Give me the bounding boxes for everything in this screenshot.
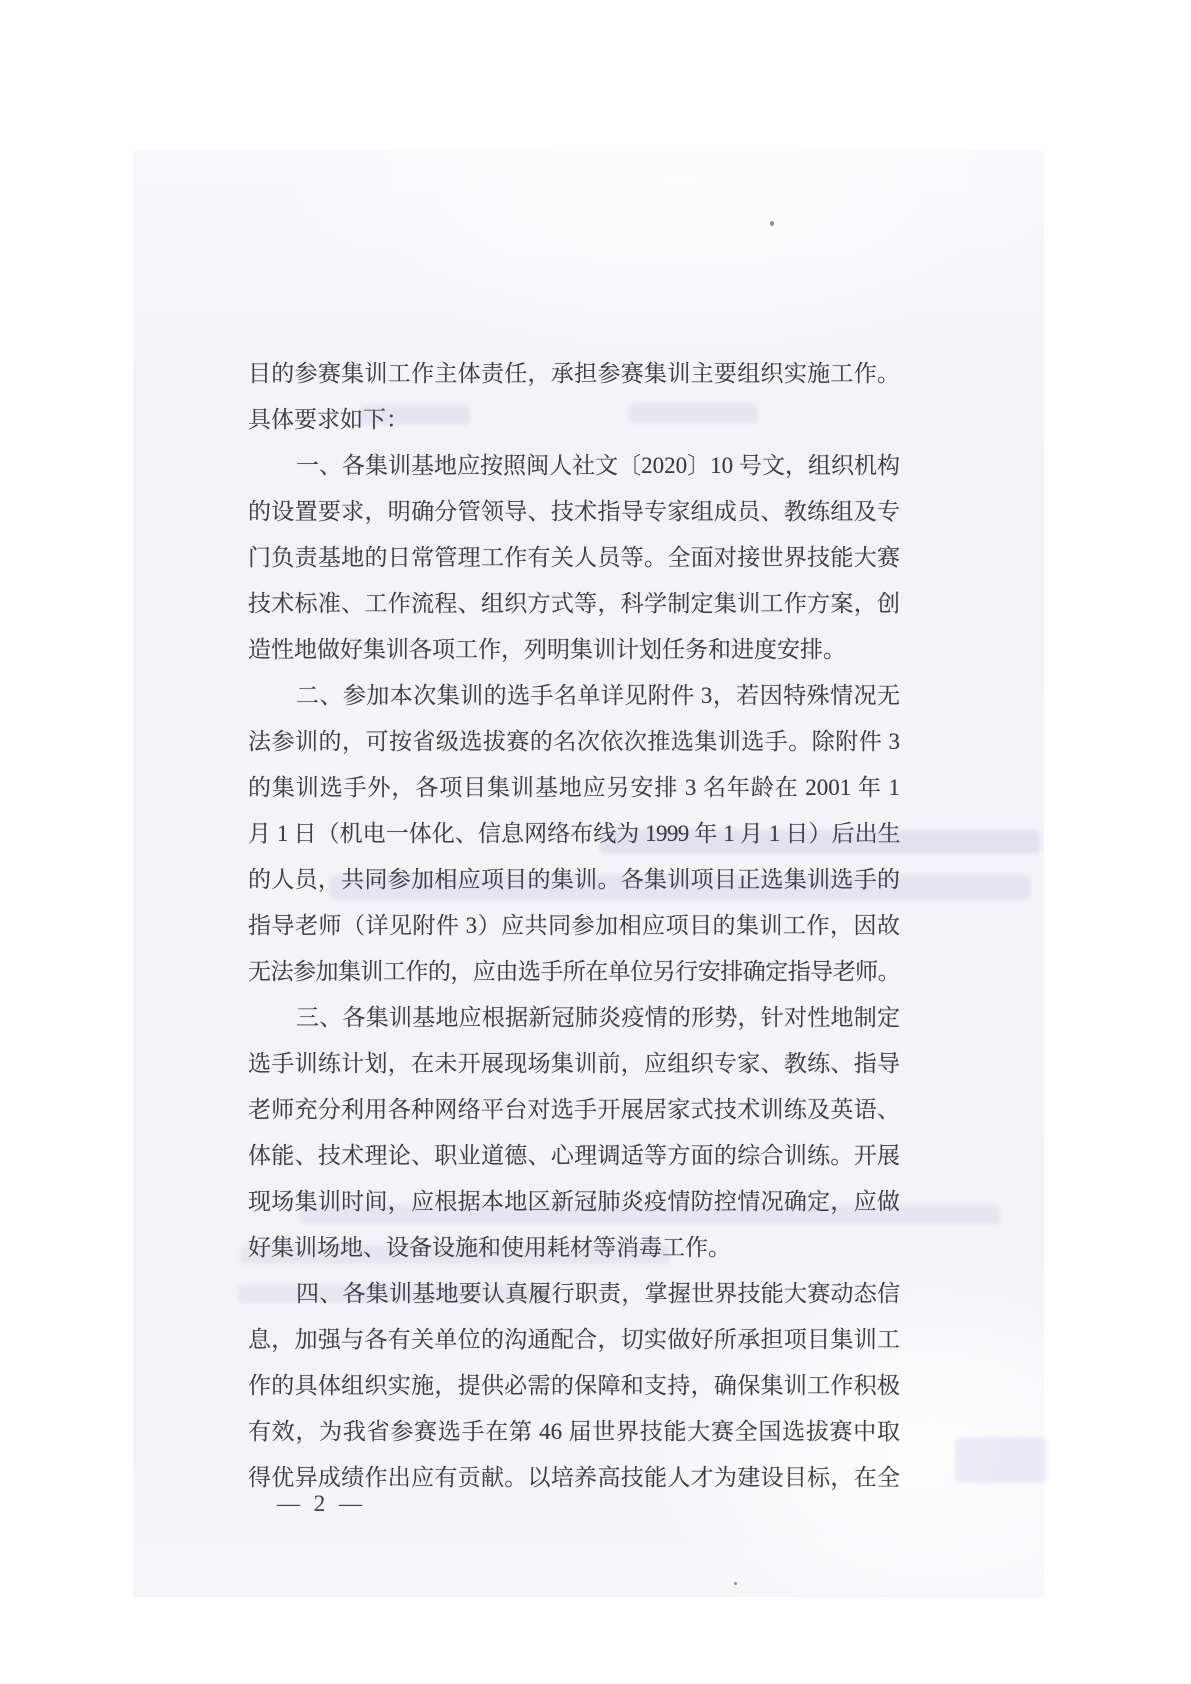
- scan-speck: [734, 1582, 737, 1585]
- document-line: 三、各集训基地应根据新冠肺炎疫情的形势，针对性地制定: [248, 995, 900, 1041]
- bleed-through-artifact: [955, 1437, 1047, 1483]
- document-line: 四、各集训基地要认真履行职责，掌握世界技能大赛动态信: [248, 1271, 900, 1317]
- document-line: 门负责基地的日常管理工作有关人员等。全面对接世界技能大赛: [248, 535, 900, 581]
- document-line: 二、参加本次集训的选手名单详见附件 3，若因特殊情况无: [248, 673, 900, 719]
- document-line: 目的参赛集训工作主体责任，承担参赛集训主要组织实施工作。: [248, 351, 900, 397]
- page-number: — 2 —: [277, 1489, 366, 1519]
- document-line: 法参训的，可按省级选拔赛的名次依次推选集训选手。除附件 3: [248, 719, 900, 765]
- document-line: 有效，为我省参赛选手在第 46 届世界技能大赛全国选拔赛中取: [248, 1409, 900, 1455]
- document-line: 作的具体组织实施，提供必需的保障和支持，确保集训工作积极: [248, 1363, 900, 1409]
- document-line: 具体要求如下：: [248, 397, 900, 443]
- document-line: 技术标准、工作流程、组织方式等，科学制定集训工作方案，创: [248, 581, 900, 627]
- document-line: 息，加强与各有关单位的沟通配合，切实做好所承担项目集训工: [248, 1317, 900, 1363]
- document-line: 老师充分利用各种网络平台对选手开展居家式技术训练及英语、: [248, 1087, 900, 1133]
- screenshot-canvas: 目的参赛集训工作主体责任，承担参赛集训主要组织实施工作。具体要求如下：一、各集训…: [0, 0, 1191, 1684]
- document-line: 现场集训时间，应根据本地区新冠肺炎疫情防控情况确定，应做: [248, 1179, 900, 1225]
- document-line: 造性地做好集训各项工作，列明集训计划任务和进度安排。: [248, 627, 900, 673]
- document-body: 目的参赛集训工作主体责任，承担参赛集训主要组织实施工作。具体要求如下：一、各集训…: [248, 351, 900, 1501]
- document-line: 指导老师（详见附件 3）应共同参加相应项目的集训工作，因故: [248, 903, 900, 949]
- document-line: 的集训选手外，各项目集训基地应另安排 3 名年龄在 2001 年 1: [248, 765, 900, 811]
- document-line: 选手训练计划，在未开展现场集训前，应组织专家、教练、指导: [248, 1041, 900, 1087]
- scan-speck: [770, 221, 774, 226]
- document-line: 月 1 日（机电一体化、信息网络布线为 1999 年 1 月 1 日）后出生: [248, 811, 900, 857]
- scanned-document-page: 目的参赛集训工作主体责任，承担参赛集训主要组织实施工作。具体要求如下：一、各集训…: [133, 151, 1044, 1597]
- document-line: 好集训场地、设备设施和使用耗材等消毒工作。: [248, 1225, 900, 1271]
- document-line: 的设置要求，明确分管领导、技术指导专家组成员、教练组及专: [248, 489, 900, 535]
- document-line: 体能、技术理论、职业道德、心理调适等方面的综合训练。开展: [248, 1133, 900, 1179]
- document-line: 的人员，共同参加相应项目的集训。各集训项目正选集训选手的: [248, 857, 900, 903]
- document-line: 一、各集训基地应按照闽人社文〔2020〕10 号文，组织机构: [248, 443, 900, 489]
- document-line: 无法参加集训工作的，应由选手所在单位另行安排确定指导老师。: [248, 949, 900, 995]
